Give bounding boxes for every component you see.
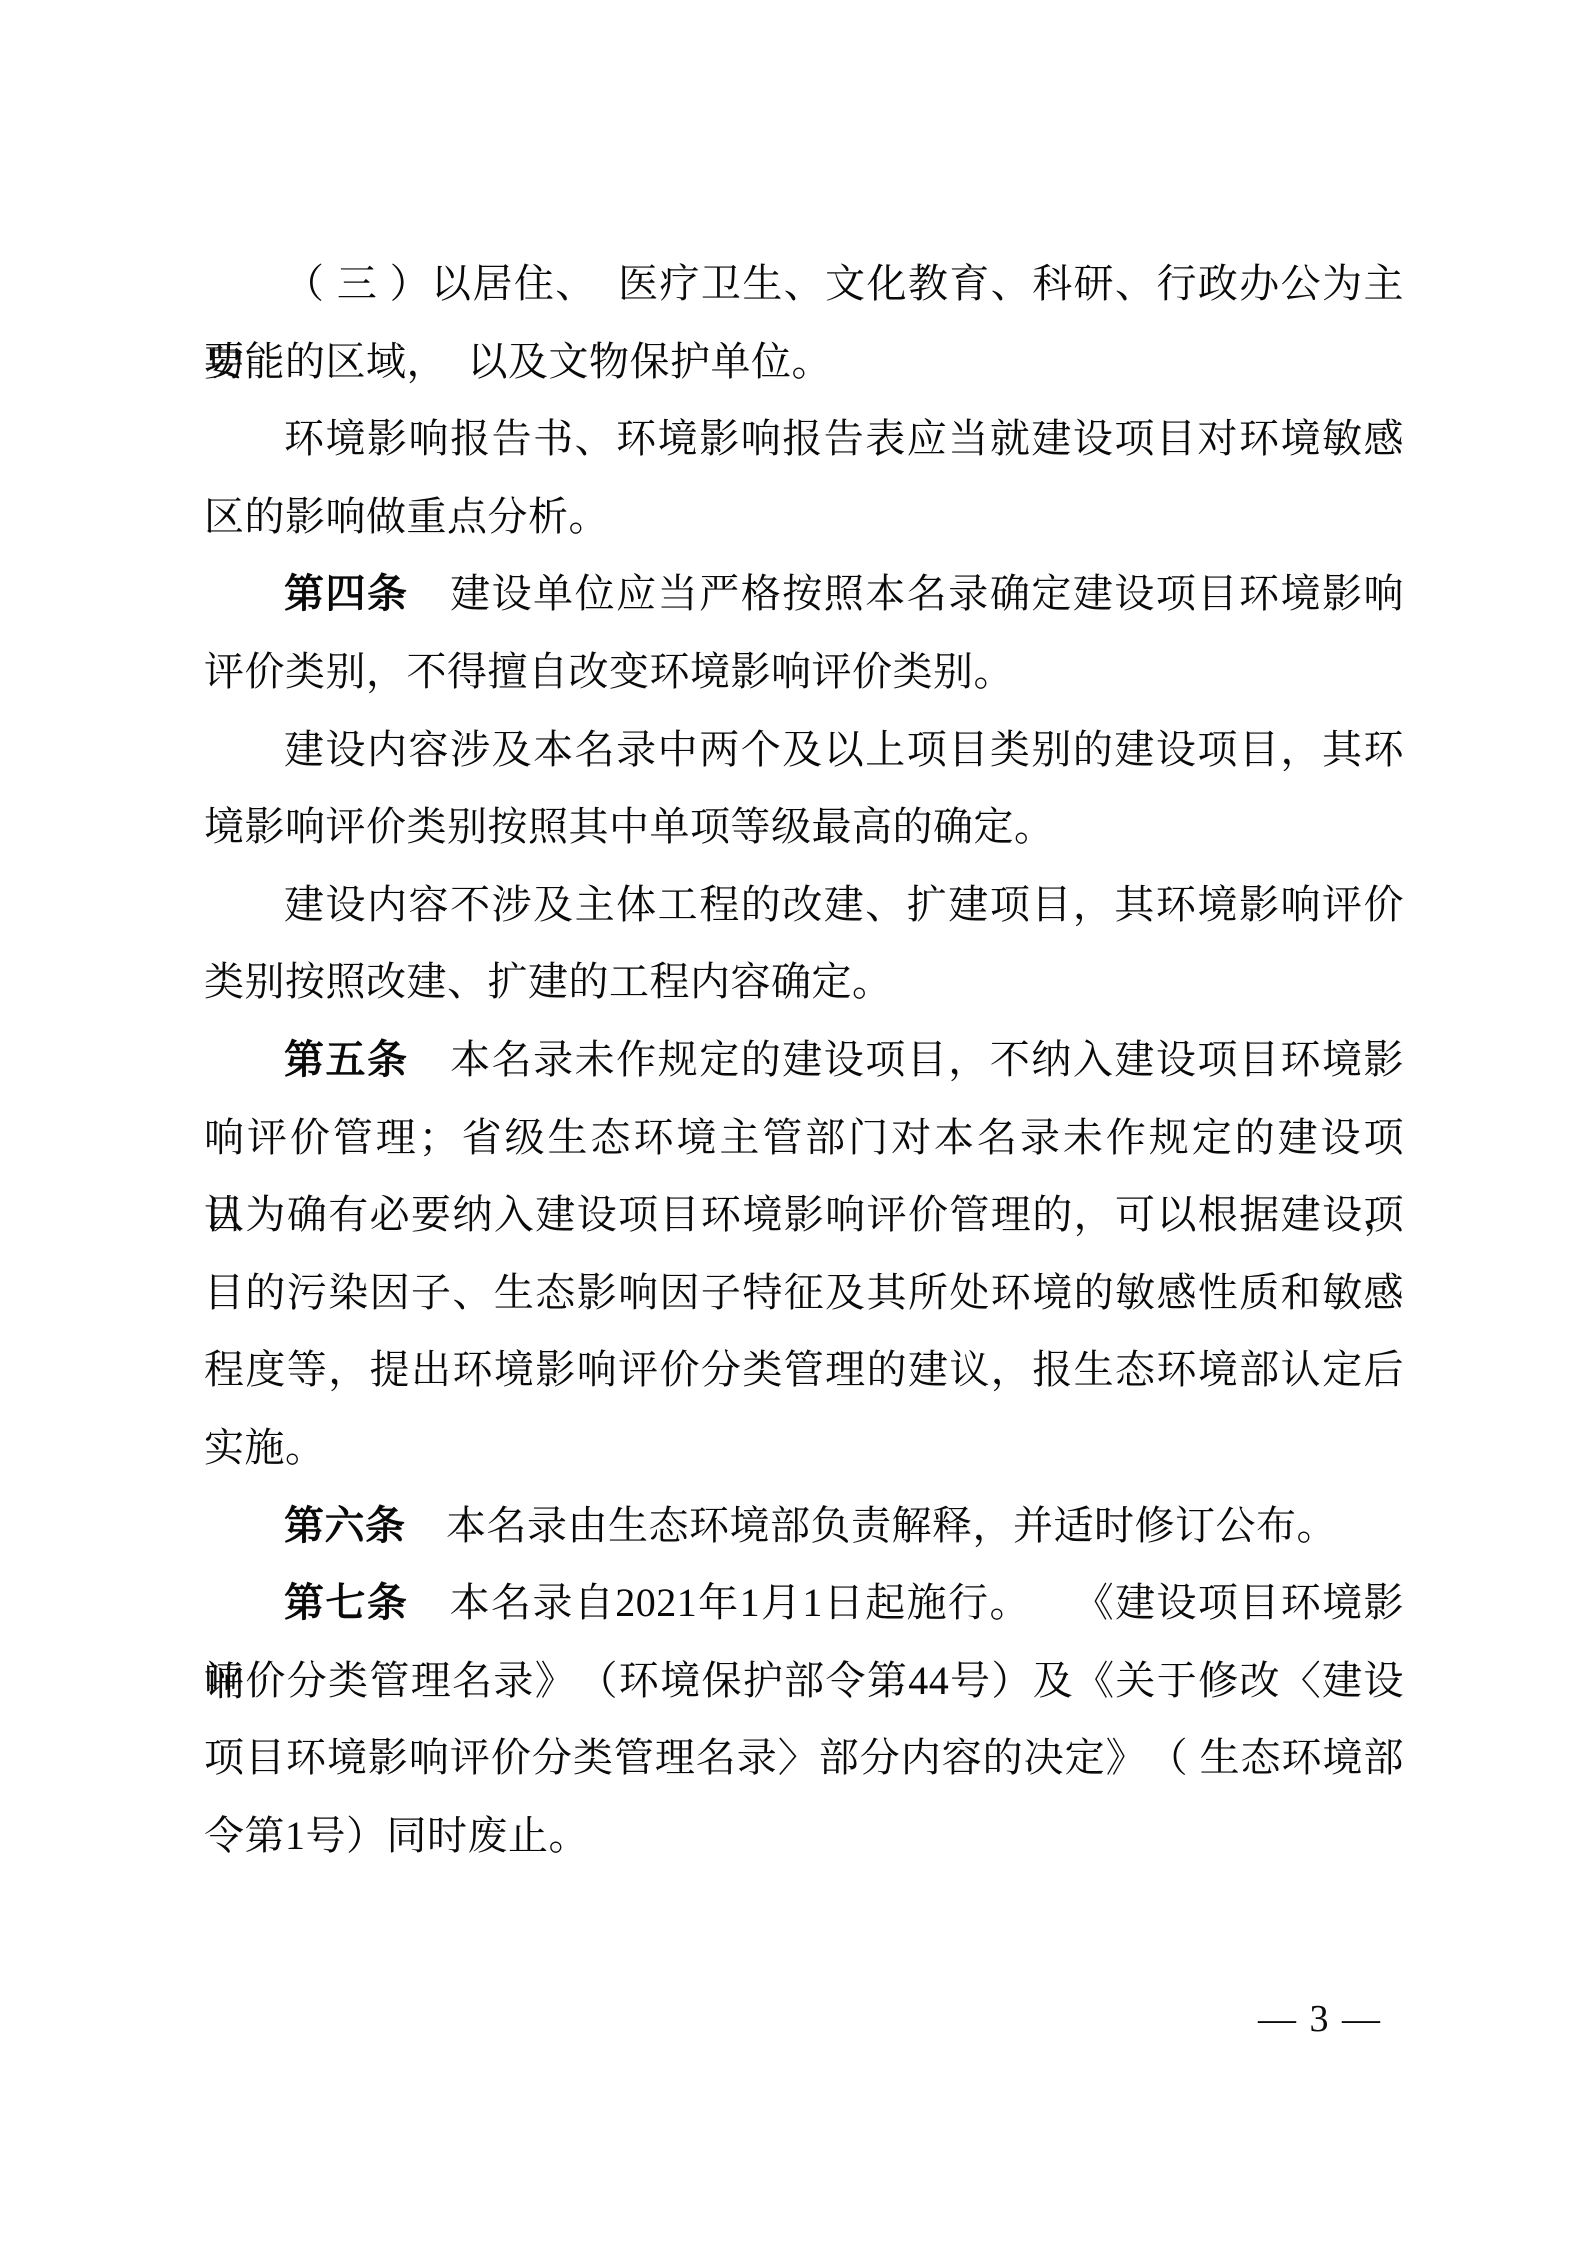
- text-line: 响评价管理；省级生态环境主管部门对本名录未作规定的建设项目，: [204, 1099, 1404, 1177]
- text-line: 建设内容不涉及主体工程的改建、扩建项目，其环境影响评价: [204, 866, 1404, 944]
- text-line: 第六条 本名录由生态环境部负责解释，并适时修订公布。: [204, 1487, 1404, 1565]
- text-line: 目的污染因子、生态影响因子特征及其所处环境的敏感性质和敏感: [204, 1254, 1404, 1332]
- text-line: 令第1号）同时废止。: [204, 1797, 1404, 1875]
- article-heading: 第四条: [284, 572, 409, 616]
- article-heading: 第六条: [284, 1504, 406, 1548]
- text-line: 认为确有必要纳入建设项目环境影响评价管理的，可以根据建设项: [204, 1176, 1404, 1254]
- text-line: （ 三 ）以居住、 医疗卫生、文化教育、科研、行政办公为主要: [204, 245, 1404, 323]
- text-line: 第七条 本名录自2021年1月1日起施行。 《建设项目环境影响: [204, 1564, 1404, 1642]
- text-line: 类别按照改建、扩建的工程内容确定。: [204, 943, 1404, 1021]
- document-body: （ 三 ）以居住、 医疗卫生、文化教育、科研、行政办公为主要功能的区域， 以及文…: [204, 245, 1404, 1874]
- text-line: 程度等，提出环境影响评价分类管理的建议，报生态环境部认定后: [204, 1331, 1404, 1409]
- text-line: 第五条 本名录未作规定的建设项目，不纳入建设项目环境影: [204, 1021, 1404, 1099]
- document-page: （ 三 ）以居住、 医疗卫生、文化教育、科研、行政办公为主要功能的区域， 以及文…: [0, 0, 1587, 2245]
- text-line: 项目环境影响评价分类管理名录〉部分内容的决定》 （ 生态环境部: [204, 1719, 1404, 1797]
- text-line: 评价类别，不得擅自改变环境影响评价类别。: [204, 633, 1404, 711]
- text-line: 环境影响报告书、环境影响报告表应当就建设项目对环境敏感: [204, 400, 1404, 478]
- text-line: 区的影响做重点分析。: [204, 478, 1404, 556]
- text-line: 建设内容涉及本名录中两个及以上项目类别的建设项目，其环: [204, 711, 1404, 789]
- text-line: 实施。: [204, 1409, 1404, 1487]
- text-line: 境影响评价类别按照其中单项等级最高的确定。: [204, 788, 1404, 866]
- article-heading: 第七条: [284, 1581, 408, 1625]
- article-heading: 第五条: [284, 1038, 409, 1082]
- page-number: — 3 —: [1258, 1995, 1382, 2043]
- text-line: 第四条 建设单位应当严格按照本名录确定建设项目环境影响: [204, 555, 1404, 633]
- text-line: 功能的区域， 以及文物保护单位。: [204, 323, 1404, 401]
- text-line: 评价分类管理名录》 （环境保护部令第44号）及《关于修改〈建设: [204, 1642, 1404, 1720]
